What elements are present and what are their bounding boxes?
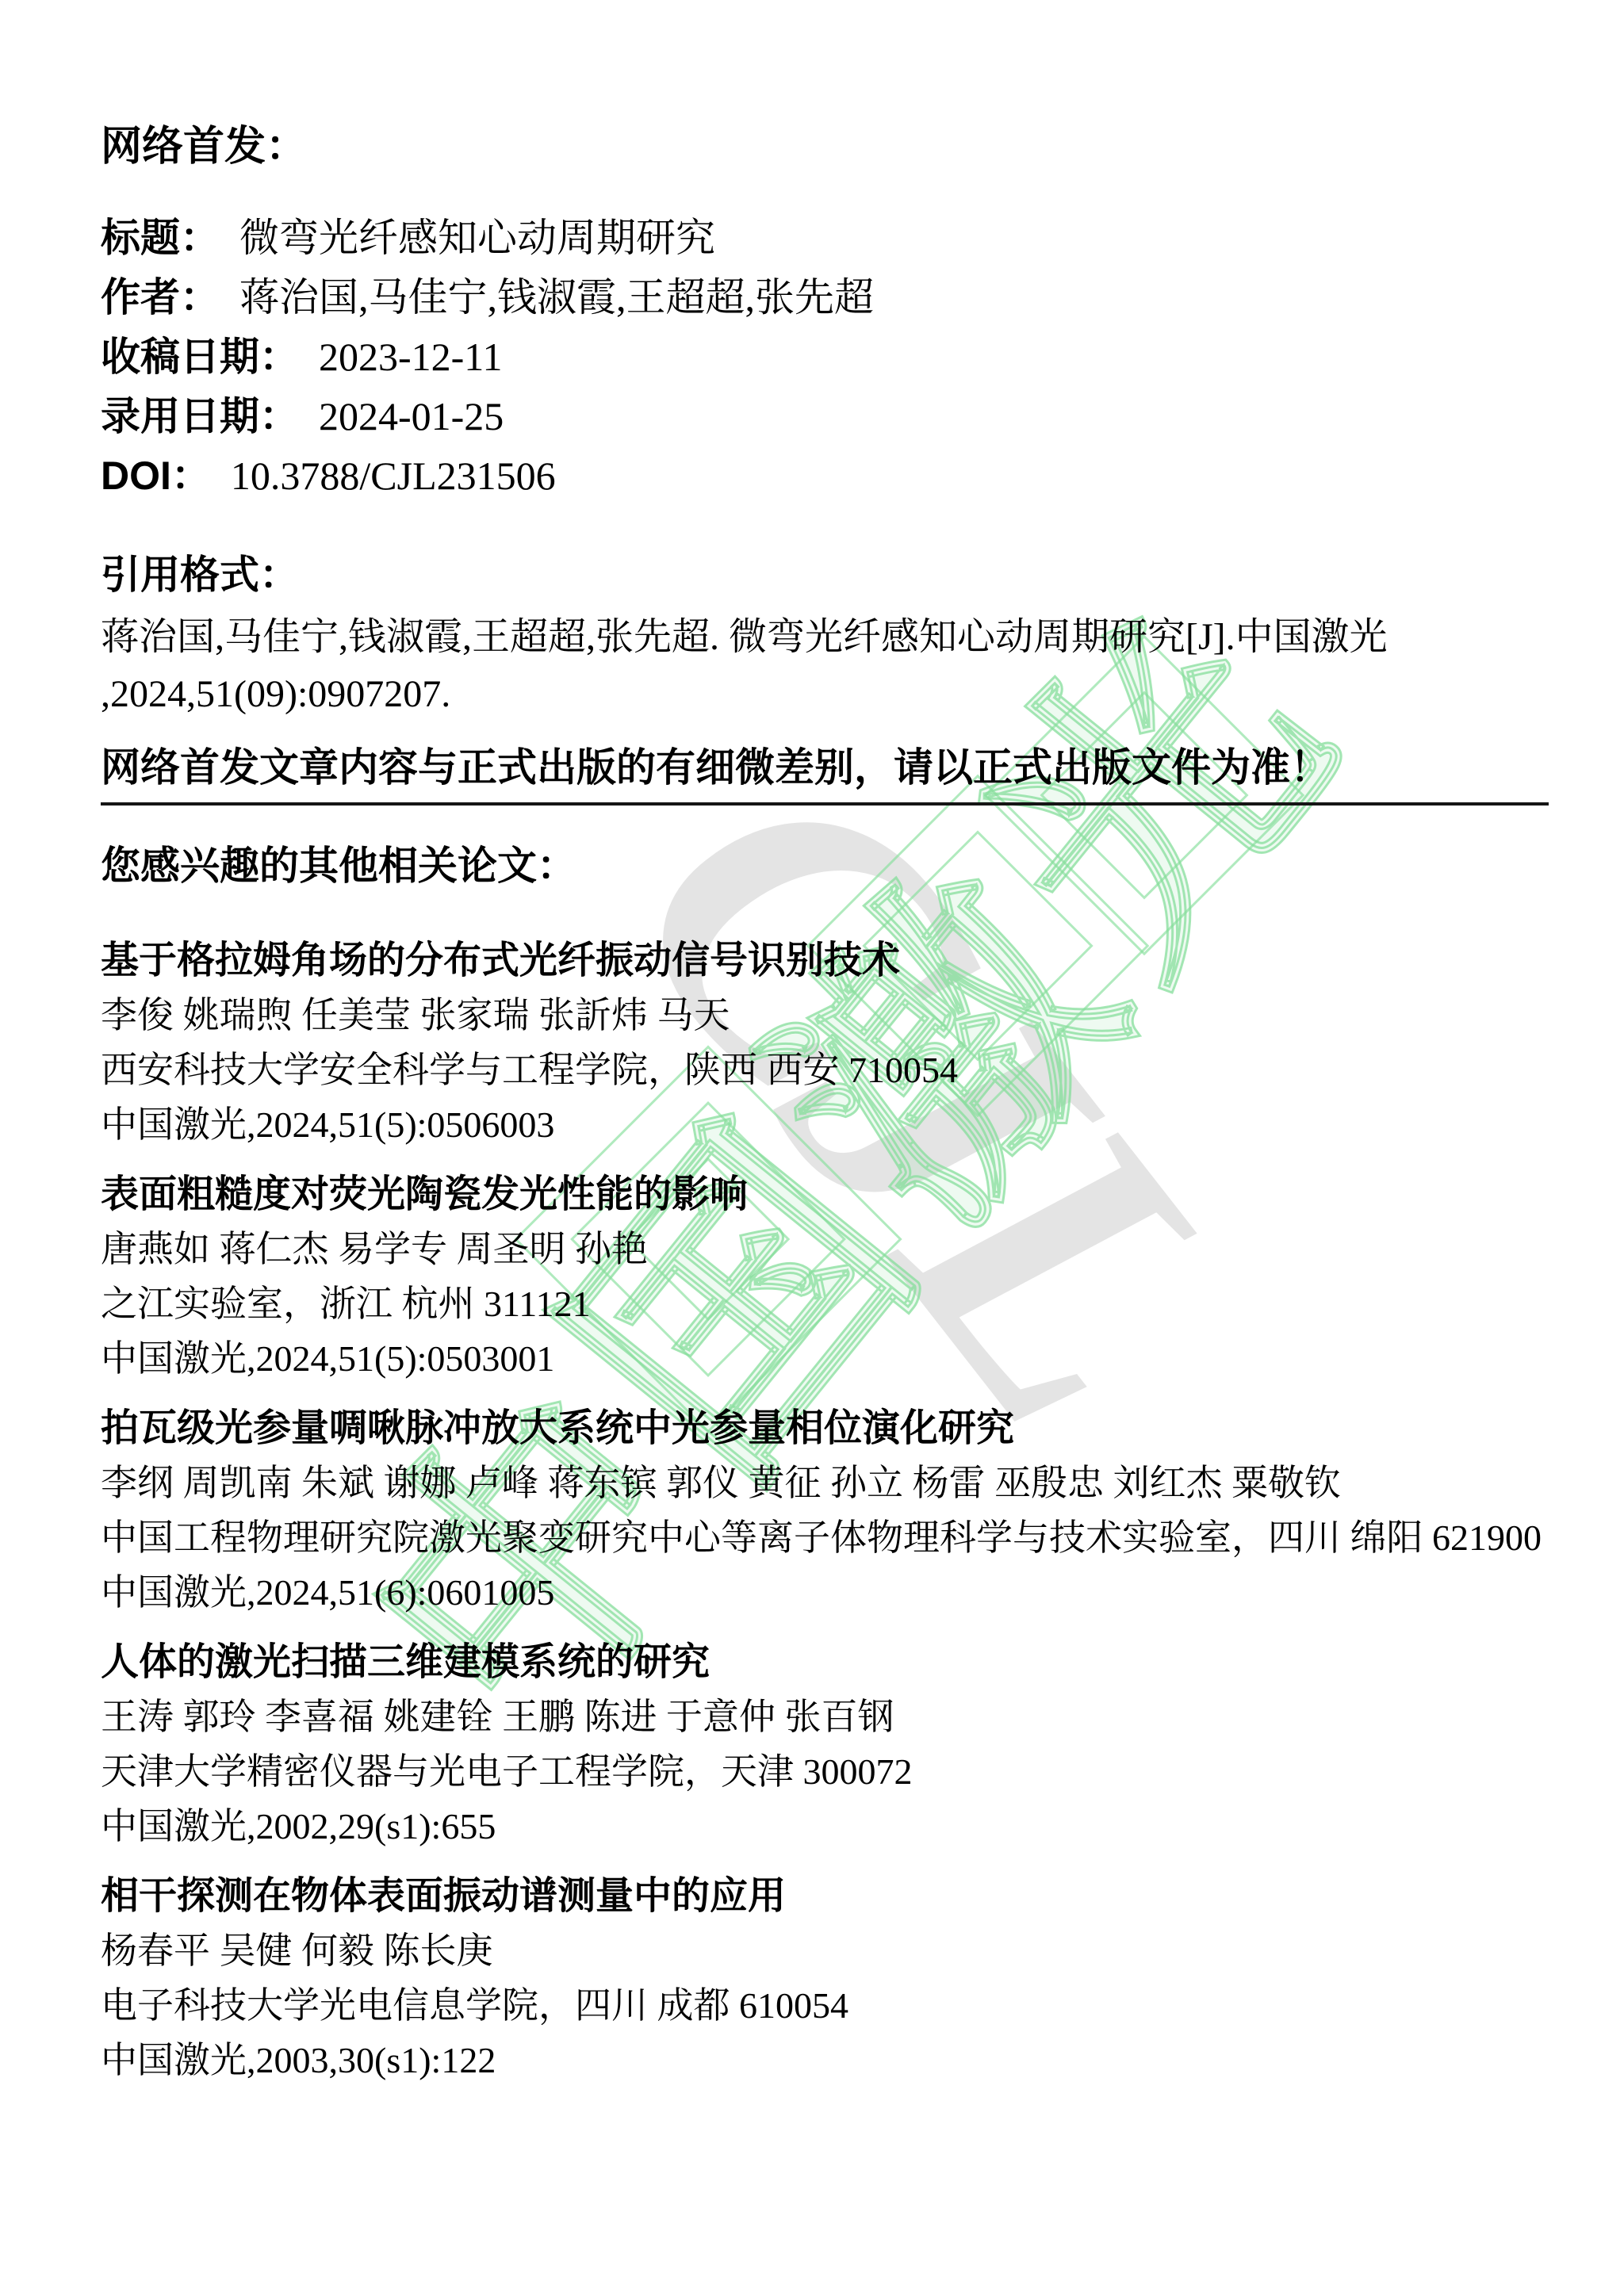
related-article-affiliation: 电子科技大学光电信息学院，四川 成都 610054	[101, 1982, 1549, 2030]
related-article-affiliation: 之江实验室，浙江 杭州 311121	[101, 1280, 1549, 1328]
metadata-value: 10.3788/CJL231506	[231, 453, 556, 498]
official-version-notice: 网络首发文章内容与正式出版的有细微差别，请以正式出版文件为准！	[101, 744, 1549, 791]
page-content: 网络首发： 标题：微弯光纤感知心动周期研究 作者：蒋治国,马佳宁,钱淑霞,王超超…	[0, 0, 1624, 2084]
metadata-label: DOI：	[101, 453, 211, 498]
section-divider-line	[101, 802, 1549, 806]
related-article-journal-ref: 中国激光,2002,29(s1):655	[101, 1803, 1549, 1850]
related-article-item: 基于格拉姆角场的分布式光纤振动信号识别技术 李俊 姚瑞煦 任美莹 张家瑞 张訢炜…	[101, 937, 1549, 1149]
related-article-authors: 杨春平 吴健 何毅 陈长庚	[101, 1927, 1549, 1975]
metadata-label: 收稿日期：	[101, 335, 299, 379]
metadata-value: 微弯光纤感知心动周期研究	[239, 216, 715, 260]
metadata-label: 录用日期：	[101, 394, 299, 438]
journal-online-first-page: { "header": { "lead_label": "网络首发：", "fi…	[0, 0, 1624, 2296]
related-article-journal-ref: 中国激光,2024,51(5):0506003	[101, 1101, 1549, 1149]
related-article-affiliation: 天津大学精密仪器与光电子工程学院，天津 300072	[101, 1748, 1549, 1796]
online-first-label: 网络首发：	[101, 123, 1549, 170]
metadata-row: 录用日期：2024-01-25	[101, 392, 1549, 440]
related-article-journal-ref: 中国激光,2024,51(6):0601005	[101, 1569, 1549, 1617]
metadata-row: 标题：微弯光纤感知心动周期研究	[101, 214, 1549, 262]
related-article-authors: 王涛 郭玲 李喜福 姚建铨 王鹏 陈进 于意仲 张百钢	[101, 1693, 1549, 1741]
related-article-title: 相干探测在物体表面振动谱测量中的应用	[101, 1873, 1549, 1920]
related-articles-list: 基于格拉姆角场的分布式光纤振动信号识别技术 李俊 姚瑞煦 任美莹 张家瑞 张訢炜…	[101, 937, 1549, 2084]
metadata-row: DOI：10.3788/CJL231506	[101, 452, 1549, 499]
metadata-label: 标题：	[101, 216, 220, 260]
related-article-item: 表面粗糙度对荧光陶瓷发光性能的影响 唐燕如 蒋仁杰 易学专 周圣明 孙艳 之江实…	[101, 1171, 1549, 1383]
related-article-journal-ref: 中国激光,2024,51(5):0503001	[101, 1335, 1549, 1383]
metadata-value: 2024-01-25	[319, 394, 504, 438]
related-article-affiliation: 西安科技大学安全科学与工程学院，陕西 西安 710054	[101, 1047, 1549, 1094]
related-article-journal-ref: 中国激光,2003,30(s1):122	[101, 2037, 1549, 2084]
related-article-title: 人体的激光扫描三维建模系统的研究	[101, 1639, 1549, 1686]
related-article-title: 拍瓦级光参量啁啾脉冲放大系统中光参量相位演化研究	[101, 1405, 1549, 1452]
related-article-authors: 李俊 姚瑞煦 任美莹 张家瑞 张訢炜 马天	[101, 992, 1549, 1039]
related-articles-heading: 您感兴趣的其他相关论文：	[101, 842, 1549, 890]
related-article-item: 相干探测在物体表面振动谱测量中的应用 杨春平 吴健 何毅 陈长庚 电子科技大学光…	[101, 1873, 1549, 2084]
related-article-title: 基于格拉姆角场的分布式光纤振动信号识别技术	[101, 937, 1549, 985]
related-article-title: 表面粗糙度对荧光陶瓷发光性能的影响	[101, 1171, 1549, 1219]
citation-heading: 引用格式：	[101, 551, 1549, 599]
related-article-affiliation: 中国工程物理研究院激光聚变研究中心等离子体物理科学与技术实验室，四川 绵阳 62…	[101, 1514, 1549, 1562]
metadata-row: 作者：蒋治国,马佳宁,钱淑霞,王超超,张先超	[101, 274, 1549, 321]
related-article-authors: 唐燕如 蒋仁杰 易学专 周圣明 孙艳	[101, 1226, 1549, 1273]
citation-line-2: ,2024,51(09):0907207.	[101, 666, 1549, 723]
related-article-item: 拍瓦级光参量啁啾脉冲放大系统中光参量相位演化研究 李纲 周凯南 朱斌 谢娜 卢峰…	[101, 1405, 1549, 1617]
metadata-row: 收稿日期：2023-12-11	[101, 333, 1549, 381]
metadata-value: 2023-12-11	[319, 335, 502, 379]
related-article-authors: 李纲 周凯南 朱斌 谢娜 卢峰 蒋东镔 郭仪 黄征 孙立 杨雷 巫殷忠 刘红杰 …	[101, 1460, 1549, 1507]
citation-line-1: 蒋治国,马佳宁,钱淑霞,王超超,张先超. 微弯光纤感知心动周期研究[J].中国激…	[101, 609, 1549, 666]
related-article-item: 人体的激光扫描三维建模系统的研究 王涛 郭玲 李喜福 姚建铨 王鹏 陈进 于意仲…	[101, 1639, 1549, 1850]
citation-block: 蒋治国,马佳宁,钱淑霞,王超超,张先超. 微弯光纤感知心动周期研究[J].中国激…	[101, 609, 1549, 723]
metadata-value: 蒋治国,马佳宁,钱淑霞,王超超,张先超	[239, 275, 874, 320]
metadata-label: 作者：	[101, 275, 220, 320]
article-metadata: 标题：微弯光纤感知心动周期研究 作者：蒋治国,马佳宁,钱淑霞,王超超,张先超 收…	[101, 214, 1549, 499]
